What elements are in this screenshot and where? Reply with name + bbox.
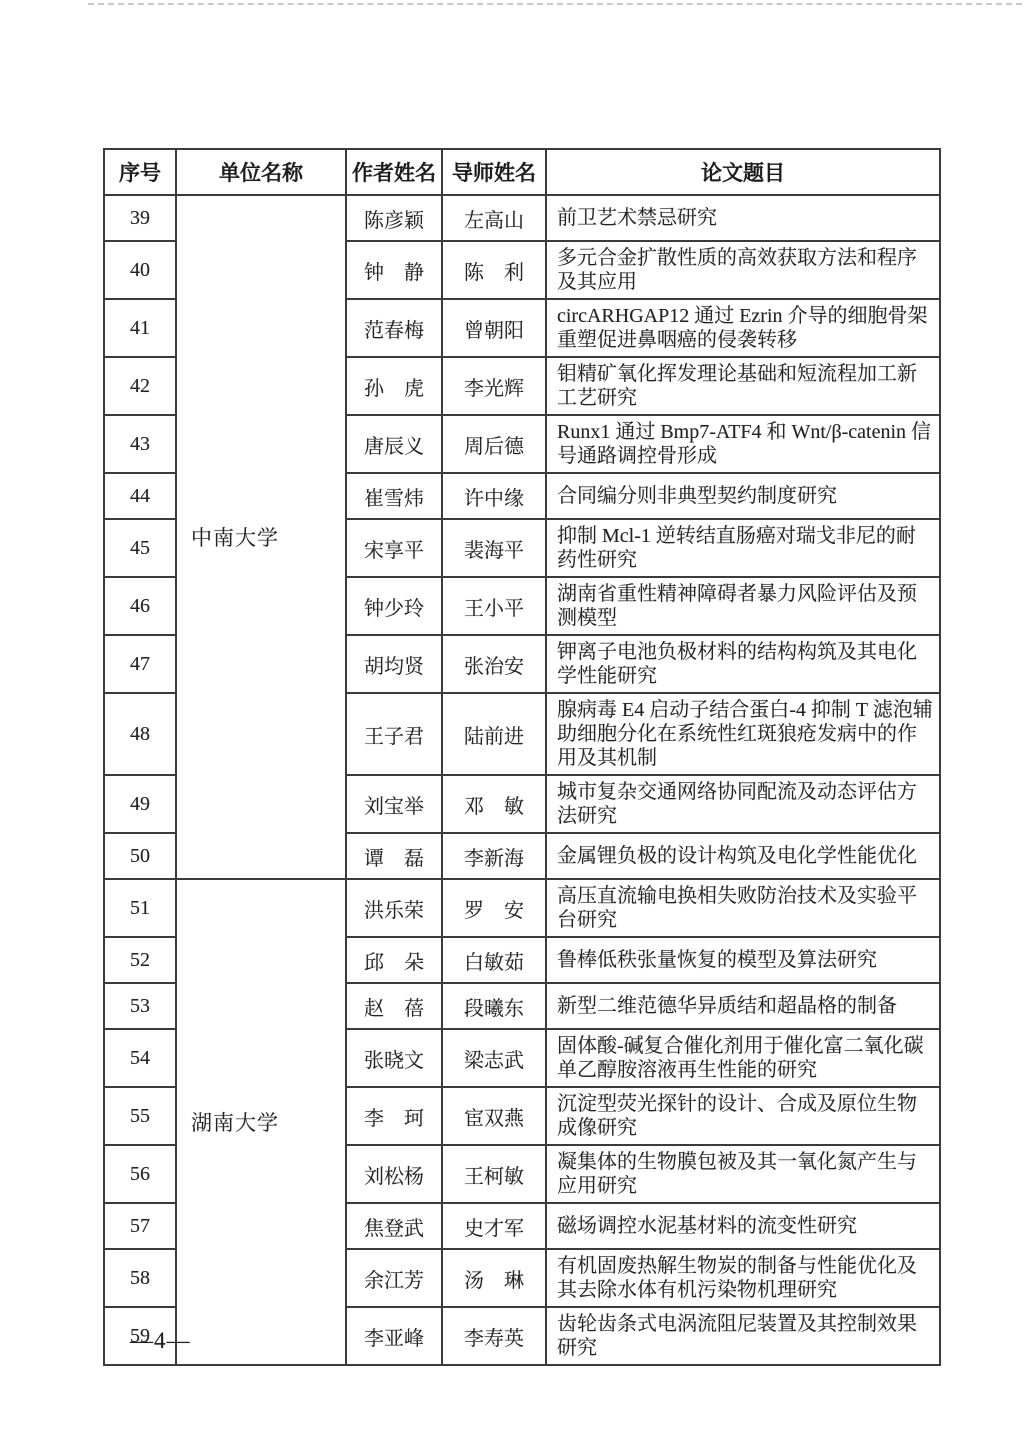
author-name-cell: 孙 虎 <box>346 357 442 415</box>
header-thesis-title: 论文题目 <box>546 149 940 195</box>
author-name-cell: 焦登武 <box>346 1203 442 1249</box>
thesis-title-cell: 多元合金扩散性质的高效获取方法和程序及其应用 <box>546 241 940 299</box>
unit-name-cell: 湖南大学 <box>176 879 346 1365</box>
thesis-title-cell: Runx1 通过 Bmp7-ATF4 和 Wnt/β-catenin 信号通路调… <box>546 415 940 473</box>
advisor-name-cell: 李光辉 <box>442 357 546 415</box>
table-row: 51湖南大学洪乐荣罗 安高压直流输电换相失败防治技术及实验平台研究 <box>104 879 940 937</box>
thesis-title-cell: 磁场调控水泥基材料的流变性研究 <box>546 1203 940 1249</box>
author-name-cell: 谭 磊 <box>346 833 442 879</box>
thesis-title-cell: 有机固废热解生物炭的制备与性能优化及其去除水体有机污染物机理研究 <box>546 1249 940 1307</box>
thesis-title-cell: 鲁棒低秩张量恢复的模型及算法研究 <box>546 937 940 983</box>
advisor-name-cell: 宦双燕 <box>442 1087 546 1145</box>
table-body: 39中南大学陈彦颖左高山前卫艺术禁忌研究40钟 静陈 利多元合金扩散性质的高效获… <box>104 195 940 1365</box>
unit-name-cell: 中南大学 <box>176 195 346 879</box>
advisor-name-cell: 裴海平 <box>442 519 546 577</box>
author-name-cell: 李 珂 <box>346 1087 442 1145</box>
author-name-cell: 陈彦颖 <box>346 195 442 241</box>
thesis-title-cell: 齿轮齿条式电涡流阻尼装置及其控制效果研究 <box>546 1307 940 1365</box>
advisor-name-cell: 罗 安 <box>442 879 546 937</box>
author-name-cell: 崔雪炜 <box>346 473 442 519</box>
header-author-name: 作者姓名 <box>346 149 442 195</box>
thesis-title-cell: 高压直流输电换相失败防治技术及实验平台研究 <box>546 879 940 937</box>
page-number: —4— <box>130 1328 191 1354</box>
header-advisor-name: 导师姓名 <box>442 149 546 195</box>
table-header: 序号 单位名称 作者姓名 导师姓名 论文题目 <box>104 149 940 195</box>
thesis-title-cell: 合同编分则非典型契约制度研究 <box>546 473 940 519</box>
advisor-name-cell: 白敏茹 <box>442 937 546 983</box>
table-row: 39中南大学陈彦颖左高山前卫艺术禁忌研究 <box>104 195 940 241</box>
advisor-name-cell: 左高山 <box>442 195 546 241</box>
thesis-title-cell: 钼精矿氧化挥发理论基础和短流程加工新工艺研究 <box>546 357 940 415</box>
row-number-cell: 56 <box>104 1145 176 1203</box>
row-number-cell: 45 <box>104 519 176 577</box>
row-number-cell: 48 <box>104 693 176 775</box>
author-name-cell: 钟 静 <box>346 241 442 299</box>
author-name-cell: 唐辰义 <box>346 415 442 473</box>
header-serial-number: 序号 <box>104 149 176 195</box>
row-number-cell: 52 <box>104 937 176 983</box>
row-number-cell: 57 <box>104 1203 176 1249</box>
row-number-cell: 55 <box>104 1087 176 1145</box>
advisor-name-cell: 李寿英 <box>442 1307 546 1365</box>
row-number-cell: 47 <box>104 635 176 693</box>
thesis-title-cell: 抑制 Mcl-1 逆转结直肠癌对瑞戈非尼的耐药性研究 <box>546 519 940 577</box>
thesis-title-cell: 沉淀型荧光探针的设计、合成及原位生物成像研究 <box>546 1087 940 1145</box>
row-number-cell: 50 <box>104 833 176 879</box>
row-number-cell: 42 <box>104 357 176 415</box>
author-name-cell: 刘宝举 <box>346 775 442 833</box>
author-name-cell: 余江芳 <box>346 1249 442 1307</box>
advisor-name-cell: 许中缘 <box>442 473 546 519</box>
thesis-title-cell: 前卫艺术禁忌研究 <box>546 195 940 241</box>
thesis-title-cell: 凝集体的生物膜包被及其一氧化氮产生与应用研究 <box>546 1145 940 1203</box>
author-name-cell: 范春梅 <box>346 299 442 357</box>
advisor-name-cell: 史才军 <box>442 1203 546 1249</box>
row-number-cell: 54 <box>104 1029 176 1087</box>
row-number-cell: 53 <box>104 983 176 1029</box>
thesis-title-cell: 金属锂负极的设计构筑及电化学性能优化 <box>546 833 940 879</box>
advisor-name-cell: 张治安 <box>442 635 546 693</box>
advisor-name-cell: 段曦东 <box>442 983 546 1029</box>
author-name-cell: 宋享平 <box>346 519 442 577</box>
advisor-name-cell: 曾朝阳 <box>442 299 546 357</box>
row-number-cell: 43 <box>104 415 176 473</box>
thesis-table: 序号 单位名称 作者姓名 导师姓名 论文题目 39中南大学陈彦颖左高山前卫艺术禁… <box>103 148 941 1366</box>
row-number-cell: 39 <box>104 195 176 241</box>
author-name-cell: 邱 朵 <box>346 937 442 983</box>
row-number-cell: 44 <box>104 473 176 519</box>
header-row: 序号 单位名称 作者姓名 导师姓名 论文题目 <box>104 149 940 195</box>
advisor-name-cell: 陈 利 <box>442 241 546 299</box>
row-number-cell: 46 <box>104 577 176 635</box>
row-number-cell: 49 <box>104 775 176 833</box>
thesis-title-cell: 新型二维范德华异质结和超晶格的制备 <box>546 983 940 1029</box>
header-unit-name: 单位名称 <box>176 149 346 195</box>
author-name-cell: 赵 蓓 <box>346 983 442 1029</box>
thesis-title-cell: 腺病毒 E4 启动子结合蛋白-4 抑制 T 滤泡辅助细胞分化在系统性红斑狼疮发病… <box>546 693 940 775</box>
advisor-name-cell: 王柯敏 <box>442 1145 546 1203</box>
advisor-name-cell: 汤 琳 <box>442 1249 546 1307</box>
advisor-name-cell: 梁志武 <box>442 1029 546 1087</box>
row-number-cell: 41 <box>104 299 176 357</box>
author-name-cell: 王子君 <box>346 693 442 775</box>
thesis-title-cell: 湖南省重性精神障碍者暴力风险评估及预测模型 <box>546 577 940 635</box>
row-number-cell: 51 <box>104 879 176 937</box>
advisor-name-cell: 李新海 <box>442 833 546 879</box>
advisor-name-cell: 陆前进 <box>442 693 546 775</box>
author-name-cell: 刘松杨 <box>346 1145 442 1203</box>
author-name-cell: 钟少玲 <box>346 577 442 635</box>
thesis-title-cell: 城市复杂交通网络协同配流及动态评估方法研究 <box>546 775 940 833</box>
row-number-cell: 40 <box>104 241 176 299</box>
thesis-title-cell: 钾离子电池负极材料的结构构筑及其电化学性能研究 <box>546 635 940 693</box>
author-name-cell: 胡均贤 <box>346 635 442 693</box>
advisor-name-cell: 王小平 <box>442 577 546 635</box>
scan-artifact-line <box>88 3 1022 5</box>
advisor-name-cell: 周后德 <box>442 415 546 473</box>
author-name-cell: 张晓文 <box>346 1029 442 1087</box>
row-number-cell: 58 <box>104 1249 176 1307</box>
scanned-page: 序号 单位名称 作者姓名 导师姓名 论文题目 39中南大学陈彦颖左高山前卫艺术禁… <box>0 0 1024 1448</box>
author-name-cell: 洪乐荣 <box>346 879 442 937</box>
author-name-cell: 李亚峰 <box>346 1307 442 1365</box>
thesis-title-cell: circARHGAP12 通过 Ezrin 介导的细胞骨架重塑促进鼻咽癌的侵袭转… <box>546 299 940 357</box>
thesis-title-cell: 固体酸-碱复合催化剂用于催化富二氧化碳单乙醇胺溶液再生性能的研究 <box>546 1029 940 1087</box>
advisor-name-cell: 邓 敏 <box>442 775 546 833</box>
